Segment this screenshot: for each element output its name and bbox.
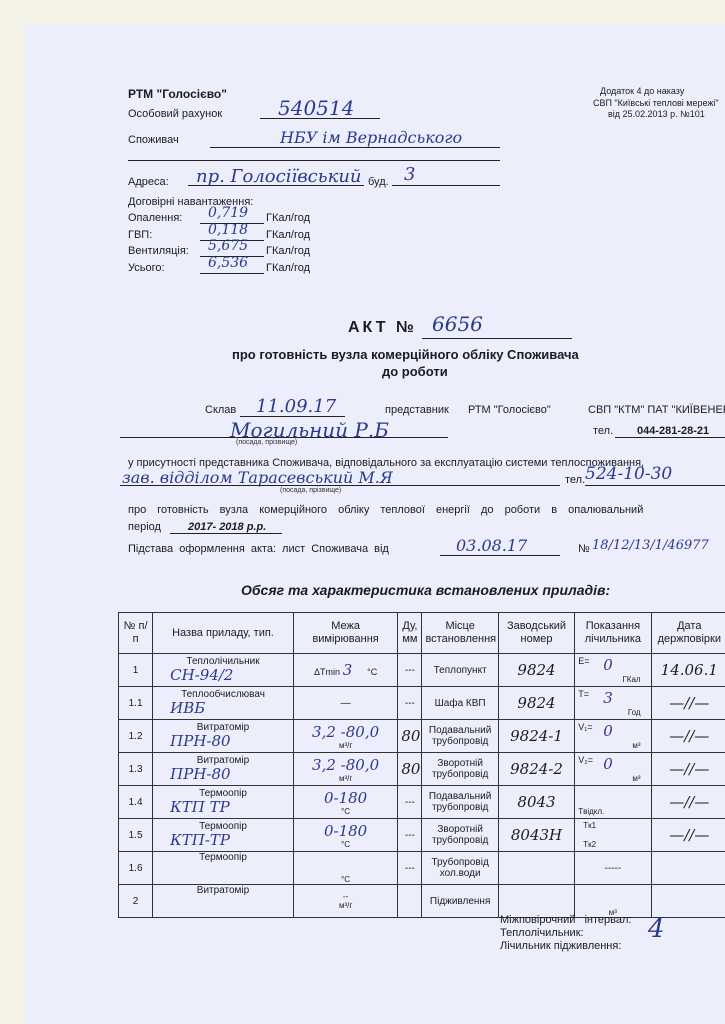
range-unit: м³/г [297,901,395,910]
act-title: АКТ № [348,319,417,337]
reading-value: 0 [603,656,613,674]
row-no: 2 [119,885,153,918]
interval-label: Міжповірочний інтервал: [500,914,631,926]
consumer-tel-label: тел. [565,474,585,486]
row-name: ТермоопірКТП ТР [153,786,294,819]
table-row: 1.3 ВитратомірПРН-80 3,2 -80,0м³/г 80 Зв… [119,753,725,786]
row-du: 80 [398,720,422,753]
row-no: 1.3 [119,753,153,786]
row-serial: 8043 [498,786,574,819]
row-place: Подавальний трубопровід [422,720,498,753]
composer-tel: 044-281-28-21 [637,425,709,437]
row-name: ТермоопірКТП-ТР [153,819,294,852]
row-reading: T=3Год [575,687,651,720]
basis-no-label: № [578,543,590,555]
row-serial: 9824 [498,654,574,687]
devices-table: № п/п Назва приладу, тип. Межа вимірюван… [118,612,725,918]
row-place: Подавальний трубопровід [422,786,498,819]
reading-label: Tк1 [583,821,596,830]
load-unit: ГКал/год [266,212,310,224]
device-type: КТП ТР [156,799,290,816]
load-unit: ГКал/год [266,229,310,241]
table-row: 1 ТеплолічильникСН-94/2 ΔTmin 3 °C --- Т… [119,654,725,687]
reading-label: V₁= [578,722,592,732]
range-prefix: ΔTmin [314,667,340,677]
row-place: Зворотній трубопровід [422,819,498,852]
load-unit: ГКал/год [266,245,310,257]
composer-tel-underline [615,437,725,438]
address-label: Адреса: [128,176,169,188]
device-type: СН-94/2 [156,667,290,684]
address-underline [188,185,364,186]
load-underline [200,273,264,274]
period-label: період [128,521,161,533]
device-type: ПРН-80 [156,766,290,783]
row-name: ТеплолічильникСН-94/2 [153,654,294,687]
row-date: —//— [651,720,725,753]
col-header-reading: Показання лічильника [575,613,651,654]
table-row: 1.4 ТермоопірКТП ТР 0-180°C --- Подаваль… [119,786,725,819]
row-name: ВитратомірПРН-80 [153,720,294,753]
row-serial: 9824-1 [498,720,574,753]
range-unit: °C [297,807,395,816]
device-name: Термоопір [156,852,290,863]
reading-unit: Tвідкл. [578,807,604,816]
row-no: 1.2 [119,720,153,753]
range-value: 0-180 [324,822,367,840]
row-name: ТеплообчислювачИВБ [153,687,294,720]
row-name: Витратомір [153,885,294,918]
rep-label: представник [385,404,449,416]
col-header-place: Місце встановлення [422,613,498,654]
row-place: Підживлення [422,885,498,918]
load-label-hot-water: ГВП: [128,229,152,241]
basis-label: Підстава оформлення акта: лист Споживача… [128,543,389,555]
row-range: --м³/г [293,885,398,918]
reading-label: T= [578,689,589,699]
row-reading: Tвідкл. [575,786,651,819]
load-label-ventilation: Вентиляція: [128,245,189,257]
row-date: —//— [651,786,725,819]
consumer-tel-underline [585,485,725,486]
reading-unit: м³ [632,741,640,750]
feed-meter-label: Лічильник підживлення: [500,940,621,952]
row-serial: 9824 [498,687,574,720]
table-row: 1.1 ТеплообчислювачИВБ — --- Шафа КВП 98… [119,687,725,720]
consumer-rep-caption: (посада, прізвище) [280,487,341,494]
composed-label: Склав [205,404,236,416]
consumer-underline [210,147,500,148]
consumer-rep-underline [120,485,560,486]
composer-caption: (посада, прізвище) [236,439,297,446]
table-header-row: № п/п Назва приладу, тип. Межа вимірюван… [119,613,725,654]
account-underline [260,118,380,119]
row-date: 14.06.1 [651,654,725,687]
row-du [398,885,422,918]
device-type: ИВБ [156,700,290,717]
reading-value: 0 [603,755,613,773]
col-header-serial: Заводський номер [498,613,574,654]
range-unit: м³/г [297,741,395,750]
row-place: Зворотній трубопровід [422,753,498,786]
period-underline [170,533,282,534]
account-label: Особовий рахунок [128,108,222,120]
composer-underline [120,437,448,438]
row-no: 1.5 [119,819,153,852]
range-unit: м³/г [297,774,395,783]
col-header-date: Дата держповірки [651,613,725,654]
heatmeter-value: 4 [648,914,665,944]
reading-value: 0 [603,722,613,740]
table-row: 1.6 Термоопір °C --- Трубопровід хол.вод… [119,852,725,885]
row-range: — [293,687,398,720]
building-underline [392,185,500,186]
annex-line2: СВП "Київські теплові мережі" [593,98,719,108]
range-unit: °C [367,667,377,677]
device-type: ПРН-80 [156,733,290,750]
row-no: 1.1 [119,687,153,720]
range-value: -- [297,892,395,901]
row-range: 3,2 -80,0м³/г [293,720,398,753]
annex-line3: від 25.02.2013 р. №101 [608,109,705,119]
annex-line1: Додаток 4 до наказу [600,86,684,96]
row-reading: V₁=0м³ [575,720,651,753]
consumer-tel: 524-10-30 [585,464,672,484]
row-serial [498,852,574,885]
row-date: —//— [651,687,725,720]
load-unit: ГКал/год [266,262,310,274]
row-reading: Tк1Tк2 [575,819,651,852]
reading-label: V₂= [578,755,593,765]
reading-unit: Год [628,708,641,717]
row-no: 1.6 [119,852,153,885]
consumer-value: НБУ ім Вернадського [280,128,462,147]
reading-unit: Tк2 [583,840,596,849]
row-du: --- [398,687,422,720]
row-range: °C [293,852,398,885]
basis-date: 03.08.17 [456,536,527,555]
load-value-heating: 0,719 [208,205,248,221]
row-reading: м³ [575,885,651,918]
heatmeter-label: Теплолічильник: [500,927,584,939]
row-range: ΔTmin 3 °C [293,654,398,687]
composed-date-underline [240,416,345,417]
row-serial: 8043Н [498,819,574,852]
row-name: ВитратомірПРН-80 [153,753,294,786]
row-du: 80 [398,753,422,786]
row-name: Термоопір [153,852,294,885]
row-du: --- [398,786,422,819]
range-unit: °C [297,875,395,884]
load-value-ventilation: 5,675 [208,238,248,254]
row-reading: V₂=0м³ [575,753,651,786]
reading-value: 3 [603,689,613,707]
row-reading: ----- [575,852,651,885]
rep-org: РТМ "Голосієво" [468,404,551,416]
company-name: СВП "КТМ" ПАТ "КИЇВЕНЕРГО" [588,404,725,416]
range-unit: °C [297,840,395,849]
row-place: Трубопровід хол.води [422,852,498,885]
consumer-underline-2 [128,160,500,161]
act-number-underline [422,338,572,339]
row-date [651,885,725,918]
device-type: КТП-ТР [156,832,290,849]
account-value: 540514 [278,96,354,120]
row-date: —//— [651,753,725,786]
row-range: 3,2 -80,0м³/г [293,753,398,786]
composed-date: 11.09.17 [256,396,336,417]
table-title: Обсяг та характеристика встановлених при… [241,582,610,598]
basis-no-value: 18/12/13/1/46977 [592,538,709,553]
building-label: буд. [368,176,389,188]
row-date: —//— [651,819,725,852]
range-value: 3,2 -80,0 [312,723,379,741]
row-serial: 9824-2 [498,753,574,786]
row-date [651,852,725,885]
act-number: 6656 [432,312,483,336]
load-label-heating: Опалення: [128,212,182,224]
device-name: Витратомір [156,885,290,896]
col-header-no: № п/п [119,613,153,654]
reading-unit: м³ [632,774,640,783]
basis-date-underline [440,555,560,556]
row-reading: E=0ГКал [575,654,651,687]
col-header-name: Назва приладу, тип. [153,613,294,654]
composer-tel-label: тел. [593,425,613,437]
building-value: 3 [404,164,415,185]
table-row: 2 Витратомір --м³/г Підживлення м³ [119,885,725,918]
row-du: --- [398,654,422,687]
row-no: 1 [119,654,153,687]
table-row: 1.2 ВитратомірПРН-80 3,2 -80,0м³/г 80 По… [119,720,725,753]
load-label-total: Усього: [128,262,165,274]
org-name: РТМ "Голосієво" [128,87,227,101]
period-value: 2017- 2018 р.р. [188,521,266,533]
address-value: пр. Голосіївський [196,166,362,187]
act-subtitle-2: до роботи [382,364,448,379]
load-value-hot-water: 0,118 [208,222,248,238]
readiness-text: про готовність вузла комерційного обліку… [128,504,643,516]
range-value: 3,2 -80,0 [312,756,379,774]
range-value: 0-180 [324,789,367,807]
row-du: --- [398,819,422,852]
row-place: Шафа КВП [422,687,498,720]
consumer-label: Споживач [128,134,179,146]
range-value: 3 [343,661,353,679]
load-value-total: 6,536 [208,255,248,271]
col-header-du: Ду, мм [398,613,422,654]
reading-label: E= [578,656,589,666]
row-no: 1.4 [119,786,153,819]
act-subtitle-1: про готовність вузла комерційного обліку… [232,347,579,362]
reading-unit: ГКал [622,675,640,684]
row-du: --- [398,852,422,885]
row-range: 0-180°C [293,819,398,852]
table-row: 1.5 ТермоопірКТП-ТР 0-180°C --- Зворотні… [119,819,725,852]
row-range: 0-180°C [293,786,398,819]
col-header-range: Межа вимірювання [293,613,398,654]
row-place: Теплопункт [422,654,498,687]
row-serial [498,885,574,918]
